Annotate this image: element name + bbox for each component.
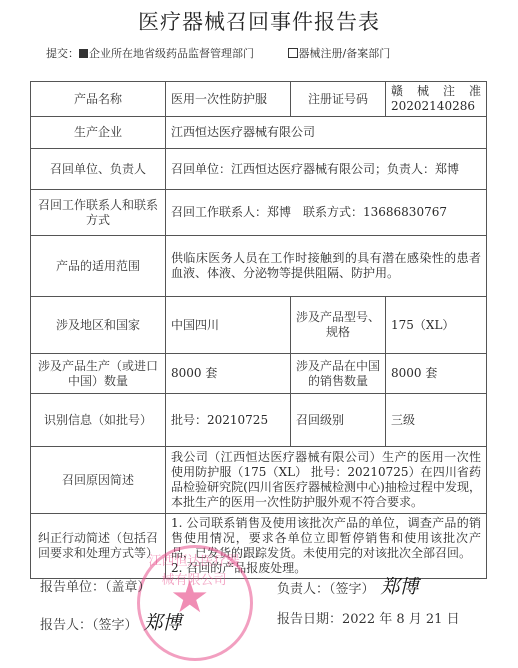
signature: 郑博: [381, 576, 419, 598]
report-unit-label: 报告单位：（盖章）: [40, 580, 151, 595]
action-item: 1. 公司联系销售及使用该批次产品的单位，调查产品的销售使用情况，要求各单位立即…: [171, 516, 481, 561]
checkbox-unchecked-icon[interactable]: [288, 48, 298, 58]
contact-label: 召回工作联系人和联系方式: [31, 190, 166, 236]
reg-no-label: 注册证号码: [291, 82, 386, 117]
submit-to-line: 提交：企业所在地省级药品监督管理部门 器械注册/备案部门: [46, 45, 390, 61]
reg-digits: 20202140286: [391, 99, 481, 114]
table-row: 纠正行动简述（包括召回要求和处理方式等） 1. 公司联系销售及使用该批次产品的单…: [31, 514, 487, 579]
reg-no-value: 赣 械 注 准 20202140286: [386, 82, 487, 117]
signature: 郑博: [144, 612, 182, 634]
recall-level-label: 召回级别: [291, 394, 386, 447]
table-row: 产品的适用范围 供临床医务人员在工作时接触到的具有潜在感染性的患者血液、体液、分…: [31, 236, 487, 297]
report-date-label: 报告日期：: [277, 612, 342, 627]
scope-label: 产品的适用范围: [31, 236, 166, 297]
batch-number-value: 批号：20210725: [166, 394, 291, 447]
report-date-line: 报告日期：2022 年 8 月 21 日: [277, 608, 460, 627]
region-label: 涉及地区和国家: [31, 297, 166, 354]
product-name-label: 产品名称: [31, 82, 166, 117]
report-date-value: 2022 年 8 月 21 日: [342, 612, 460, 627]
corrective-action-label: 纠正行动简述（包括召回要求和处理方式等）: [31, 514, 166, 579]
submit-prefix: 提交：: [46, 47, 79, 60]
table-row: 召回单位、负责人 召回单位：江西恒达医疗器械有限公司；负责人：郑博: [31, 149, 487, 190]
recall-unit-label: 召回单位、负责人: [31, 149, 166, 190]
production-qty-value: 8000 套: [166, 354, 291, 394]
reg-char: 注: [443, 84, 455, 99]
product-name-value: 医用一次性防护服: [166, 82, 291, 117]
table-row: 召回工作联系人和联系方式 召回工作联系人：郑博 联系方式：13686830767: [31, 190, 487, 236]
manufacturer-value: 江西恒达医疗器械有限公司: [166, 117, 487, 149]
manufacturer-label: 生产企业: [31, 117, 166, 149]
table-row: 生产企业 江西恒达医疗器械有限公司: [31, 117, 487, 149]
corrective-action-value: 1. 公司联系销售及使用该批次产品的单位，调查产品的销售使用情况，要求各单位立即…: [166, 514, 487, 579]
table-row: 识别信息（如批号） 批号：20210725 召回级别 三级: [31, 394, 487, 447]
scope-value: 供临床医务人员在工作时接触到的具有潜在感染性的患者血液、体液、分泌物等提供阻隔、…: [166, 236, 487, 297]
recall-unit-value: 召回单位：江西恒达医疗器械有限公司；负责人：郑博: [166, 149, 487, 190]
reason-label: 召回原因简述: [31, 447, 166, 514]
id-info-label: 识别信息（如批号）: [31, 394, 166, 447]
reg-char: 准: [469, 84, 481, 99]
table-row: 产品名称 医用一次性防护服 注册证号码 赣 械 注 准 20202140286: [31, 82, 487, 117]
table-row: 涉及地区和国家 中国四川 涉及产品型号、规格 175（XL）: [31, 297, 487, 354]
person-in-charge-label: 负责人：（签字）: [277, 582, 375, 597]
region-value: 中国四川: [166, 297, 291, 354]
reg-char: 赣: [391, 84, 403, 99]
report-unit-line: 报告单位：（盖章）: [40, 576, 151, 595]
model-value: 175（XL）: [386, 297, 487, 354]
table-row: 召回原因简述 我公司（江西恒达医疗器械有限公司）生产的医用一次性使用防护服（17…: [31, 447, 487, 514]
sales-qty-label: 涉及产品在中国的销售数量: [291, 354, 386, 394]
person-in-charge-line: 负责人：（签字）郑博: [277, 572, 419, 599]
sales-qty-value: 8000 套: [386, 354, 487, 394]
table-row: 涉及产品生产（或进口中国）数量 8000 套 涉及产品在中国的销售数量 8000…: [31, 354, 487, 394]
reg-char: 械: [417, 84, 429, 99]
checkbox-checked-icon[interactable]: [79, 49, 88, 58]
page-title: 医疗器械召回事件报告表: [0, 6, 518, 36]
recall-level-value: 三级: [386, 394, 487, 447]
submit-option-provincial: 企业所在地省级药品监督管理部门: [89, 47, 254, 60]
recall-report-table: 产品名称 医用一次性防护服 注册证号码 赣 械 注 准 20202140286 …: [30, 81, 487, 579]
submit-option-registration: 器械注册/备案部门: [299, 47, 391, 60]
contact-value: 召回工作联系人：郑博 联系方式：13686830767: [166, 190, 487, 236]
model-label: 涉及产品型号、规格: [291, 297, 386, 354]
reporter-label: 报告人：（签字）: [40, 618, 138, 633]
production-qty-label: 涉及产品生产（或进口中国）数量: [31, 354, 166, 394]
reporter-line: 报告人：（签字）郑博: [40, 608, 182, 635]
reason-value: 我公司（江西恒达医疗器械有限公司）生产的医用一次性使用防护服（175（XL） 批…: [166, 447, 487, 514]
